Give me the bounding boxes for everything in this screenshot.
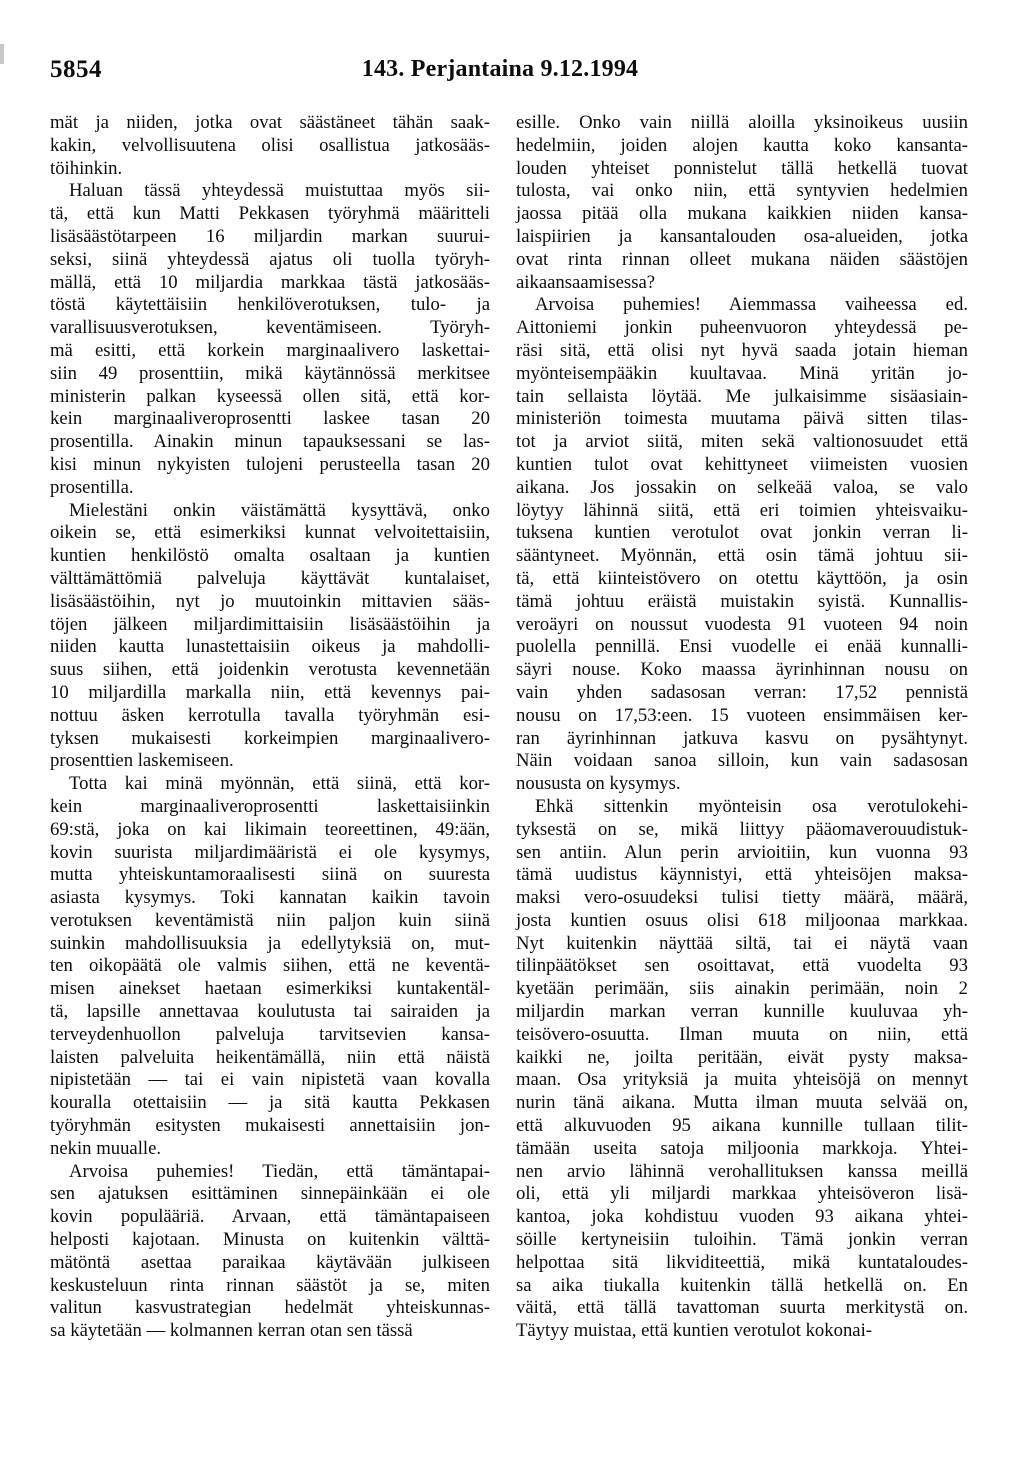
text-line: kantoa, joka kohdistuu vuoden 93 aikana … xyxy=(516,1206,968,1229)
text-line: verotuksen keventämistä niin paljon kuin… xyxy=(50,910,490,933)
text-line: töjen jälkeen miljardimittaisiin lisäsää… xyxy=(50,614,490,637)
text-line: tuksena kuntien verotulot ovat jonkin ve… xyxy=(516,522,968,545)
paragraph: Mielestäni onkin väistämättä kysyttävä, … xyxy=(50,500,490,774)
page-header: 5854 143. Perjantaina 9.12.1994 xyxy=(0,56,1024,90)
text-line: välttämättömiä palveluja käyttävät kunta… xyxy=(50,568,490,591)
text-line: kakin, velvollisuutena olisi osallistua … xyxy=(50,135,490,158)
text-line: maksi vero-osuudeksi tulisi tietty määrä… xyxy=(516,887,968,910)
text-line: lisäsäästöihin, nyt jo muutoinkin mittav… xyxy=(50,591,490,614)
paragraph: Arvoisa puhemies! Tiedän, että tämäntapa… xyxy=(50,1161,490,1343)
text-line: Haluan tässä yhteydessä muistuttaa myös … xyxy=(50,180,490,203)
text-line: kuntien henkilöstö omalta osaltaan ja ku… xyxy=(50,545,490,568)
text-line: Täytyy muistaa, että kuntien verotulot k… xyxy=(516,1320,968,1343)
text-line: vain yhden sadasosan verran: 17,52 penni… xyxy=(516,682,968,705)
text-line: ministeriön toimesta muutama päivä sitte… xyxy=(516,408,968,431)
text-line: nottuu äsken kerrotulla tavalla työryhmä… xyxy=(50,705,490,728)
text-line: tyksestä on se, mikä liittyy pääomaverou… xyxy=(516,819,968,842)
text-line: Totta kai minä myönnän, että siinä, että… xyxy=(50,773,490,796)
text-columns: mät ja niiden, jotka ovat säästäneet täh… xyxy=(50,112,968,1343)
text-line: löytyy lähinnä siitä, että eri toimien y… xyxy=(516,500,968,523)
text-line: prosentilla. Ainakin minun tapauksessani… xyxy=(50,431,490,454)
page-number: 5854 xyxy=(50,56,102,84)
text-line: tilinpäätökset sen osoittavat, että vuod… xyxy=(516,955,968,978)
text-line: oli, että yli miljardi markkaa yhteisöve… xyxy=(516,1183,968,1206)
text-line: Arvoisa puhemies! Tiedän, että tämäntapa… xyxy=(50,1161,490,1184)
text-line: tämä uudistus käynnistyi, että yhteisöje… xyxy=(516,864,968,887)
text-line: ovat rinta rinnan olleet mukana näiden s… xyxy=(516,249,968,272)
text-line: ministerin palkan kyseessä ollen sitä, e… xyxy=(50,386,490,409)
text-line: sen antiin. Alun perin arvioitiin, kun v… xyxy=(516,842,968,865)
text-line: räsi sitä, että olisi nyt hyvä saada jot… xyxy=(516,340,968,363)
text-line: Näin voidaan sanoa silloin, kun vain sad… xyxy=(516,750,968,773)
text-line: laispiirien ja kansantalouden osa-alueid… xyxy=(516,226,968,249)
text-line: nousu on 17,53:een. 15 vuoteen ensimmäis… xyxy=(516,705,968,728)
text-line: ran äyrinhinnan jatkuva kasvu on pysähty… xyxy=(516,728,968,751)
text-line: teisövero-osuutta. Ilman muuta on niin, … xyxy=(516,1024,968,1047)
text-line: nurin tänä aikana. Mutta ilman muuta sel… xyxy=(516,1092,968,1115)
text-line: töihinkin. xyxy=(50,158,490,181)
text-line: kaikki ne, joilta peritään, eivät pysty … xyxy=(516,1047,968,1070)
text-line: tämä johtuu eräistä muistakin syistä. Ku… xyxy=(516,591,968,614)
text-line: sa aika tiukalla kuitenkin tällä hetkell… xyxy=(516,1275,968,1298)
text-line: seksi, siinä yhteydessä ajatus oli tuoll… xyxy=(50,249,490,272)
text-line: tä, että kiinteistövero on otettu käyttö… xyxy=(516,568,968,591)
text-line: asiasta kysymys. Toki kannatan kaikin ta… xyxy=(50,887,490,910)
text-line: miljardin markan verran kunnille kuuluva… xyxy=(516,1001,968,1024)
text-line: tulosta, vai onko niin, että syntyvien h… xyxy=(516,180,968,203)
text-line: 69:stä, joka on kai likimain teoreettine… xyxy=(50,819,490,842)
text-line: laisten palveluita heikentämällä, niin e… xyxy=(50,1047,490,1070)
text-line: sa käytetään — kolmannen kerran otan sen… xyxy=(50,1320,490,1343)
document-page: 5854 143. Perjantaina 9.12.1994 mät ja n… xyxy=(0,0,1024,1473)
text-line: mätöntä asettaa paraikaa käytävään julki… xyxy=(50,1252,490,1275)
text-line: sen ajatuksen esittäminen sinnepäinkään … xyxy=(50,1183,490,1206)
text-line: tain sellaista löytää. Me julkaisimme si… xyxy=(516,386,968,409)
paragraph: mät ja niiden, jotka ovat säästäneet täh… xyxy=(50,112,490,180)
text-line: kein marginaaliveroprosentti laskettaisi… xyxy=(50,796,490,819)
text-line: niiden kautta lunastettaisiin oikeus ja … xyxy=(50,636,490,659)
paragraph: Haluan tässä yhteydessä muistuttaa myös … xyxy=(50,180,490,499)
text-line: kisi minun nykyisten tulojeni perusteell… xyxy=(50,454,490,477)
paragraph: Ehkä sittenkin myönteisin osa verotuloke… xyxy=(516,796,968,1343)
paragraph: Arvoisa puhemies! Aiemmassa vaiheessa ed… xyxy=(516,294,968,796)
text-line: louden yhteiset ponnistelut tällä hetkel… xyxy=(516,158,968,181)
text-line: puolella pennillä. Ensi vuodelle ei enää… xyxy=(516,636,968,659)
text-line: josta kuntien osuus olisi 618 miljoonaa … xyxy=(516,910,968,933)
text-line: nipistetään — tai ei vain nipistetä vaan… xyxy=(50,1069,490,1092)
text-line: hedelmiin, joiden alojen kautta koko kan… xyxy=(516,135,968,158)
text-line: suus siihen, että joidenkin verotusta ke… xyxy=(50,659,490,682)
text-line: suinkin mahdollisuuksia ja edellytyksiä … xyxy=(50,933,490,956)
text-line: aikaansaamisessa? xyxy=(516,272,968,295)
text-line: kuntien tulot ovat kehittyneet viimeiste… xyxy=(516,454,968,477)
text-line: nen arvio lähinnä verohallituksen kanssa… xyxy=(516,1161,968,1184)
text-line: kein marginaaliveroprosentti laskee tasa… xyxy=(50,408,490,431)
text-line: tä, että kun Matti Pekkasen työryhmä mää… xyxy=(50,203,490,226)
text-line: nekin muualle. xyxy=(50,1138,490,1161)
right-text-column: esille. Onko vain niillä aloilla yksinoi… xyxy=(516,112,968,1343)
text-line: mä esitti, että korkein marginaalivero l… xyxy=(50,340,490,363)
text-line: varallisuusverotuksen, keventämiseen. Ty… xyxy=(50,317,490,340)
text-line: sääntyneet. Myönnän, että osin tämä joht… xyxy=(516,545,968,568)
text-line: tämään useita satoja miljoonia markkoja.… xyxy=(516,1138,968,1161)
text-line: aikana. Jos jossakin on selkeää valoa, s… xyxy=(516,477,968,500)
text-line: esille. Onko vain niillä aloilla yksinoi… xyxy=(516,112,968,135)
text-line: lisäsäästötarpeen 16 miljardin markan su… xyxy=(50,226,490,249)
text-line: kovin populääriä. Arvaan, että tämäntapa… xyxy=(50,1206,490,1229)
text-line: Nyt kuitenkin näyttää siltä, tai ei näyt… xyxy=(516,933,968,956)
text-line: helpottaa sitä likviditeettiä, mikä kunt… xyxy=(516,1252,968,1275)
left-text-column: mät ja niiden, jotka ovat säästäneet täh… xyxy=(50,112,490,1343)
text-line: tot ja arviot siitä, miten sekä valtiono… xyxy=(516,431,968,454)
text-line: työryhmän esitysten mukaisesti annettais… xyxy=(50,1115,490,1138)
text-line: väitä, että tällä tavattoman suurta merk… xyxy=(516,1297,968,1320)
text-line: tyksen mukaisesti korkeimpien marginaali… xyxy=(50,728,490,751)
text-line: mutta yhteiskuntamoraalisesti siinä on s… xyxy=(50,864,490,887)
text-line: kyetään perimään, siis ainakin perimään,… xyxy=(516,978,968,1001)
paragraph: esille. Onko vain niillä aloilla yksinoi… xyxy=(516,112,968,294)
text-line: mät ja niiden, jotka ovat säästäneet täh… xyxy=(50,112,490,135)
text-line: Ehkä sittenkin myönteisin osa verotuloke… xyxy=(516,796,968,819)
text-line: Arvoisa puhemies! Aiemmassa vaiheessa ed… xyxy=(516,294,968,317)
text-line: siin 49 prosenttiin, mikä käytännössä me… xyxy=(50,363,490,386)
text-line: veroäyri on noussut vuodesta 91 vuoteen … xyxy=(516,614,968,637)
text-line: säyri nouse. Koko maassa äyrinhinnan nou… xyxy=(516,659,968,682)
text-line: Mielestäni onkin väistämättä kysyttävä, … xyxy=(50,500,490,523)
text-line: misen ainekset haetaan esimerkiksi kunta… xyxy=(50,978,490,1001)
text-line: töstä käytettäisiin henkilöverotuksen, t… xyxy=(50,294,490,317)
text-line: mällä, että 10 miljardia markkaa tästä j… xyxy=(50,272,490,295)
text-line: ten oikopäätä ole valmis siihen, että ne… xyxy=(50,955,490,978)
text-line: keskusteluun rinta rinnan säästöt ja se,… xyxy=(50,1275,490,1298)
text-line: prosentilla. xyxy=(50,477,490,500)
text-line: prosenttien laskemiseen. xyxy=(50,750,490,773)
text-line: jaossa pitää olla mukana kaikkien niiden… xyxy=(516,203,968,226)
text-line: maan. Osa yrityksiä ja muita yhteisöjä o… xyxy=(516,1069,968,1092)
session-title: 143. Perjantaina 9.12.1994 xyxy=(362,56,639,83)
text-line: oikein se, että esimerkiksi kunnat velvo… xyxy=(50,522,490,545)
text-line: tä, lapsille annettavaa koulutusta tai s… xyxy=(50,1001,490,1024)
text-line: noususta on kysymys. xyxy=(516,773,968,796)
text-line: söille kertyneisiin tuloihin. Tämä jonki… xyxy=(516,1229,968,1252)
text-line: että alkuvuoden 95 aikana kunnille tulla… xyxy=(516,1115,968,1138)
text-line: kovin suurista miljardimääristä ei ole k… xyxy=(50,842,490,865)
text-line: Aittoniemi jonkin puheenvuoron yhteydess… xyxy=(516,317,968,340)
text-line: terveydenhuollon palveluja tarvitsevien … xyxy=(50,1024,490,1047)
text-line: valitun kasvustrategian hedelmät yhteisk… xyxy=(50,1297,490,1320)
text-line: helposti kajotaan. Minusta on kuitenkin … xyxy=(50,1229,490,1252)
text-line: 10 miljardilla markalla niin, että keven… xyxy=(50,682,490,705)
text-line: myönteisempääkin kuultavaa. Minä yritän … xyxy=(516,363,968,386)
text-line: kouralla otettaisiin — ja sitä kautta Pe… xyxy=(50,1092,490,1115)
paragraph: Totta kai minä myönnän, että siinä, että… xyxy=(50,773,490,1161)
